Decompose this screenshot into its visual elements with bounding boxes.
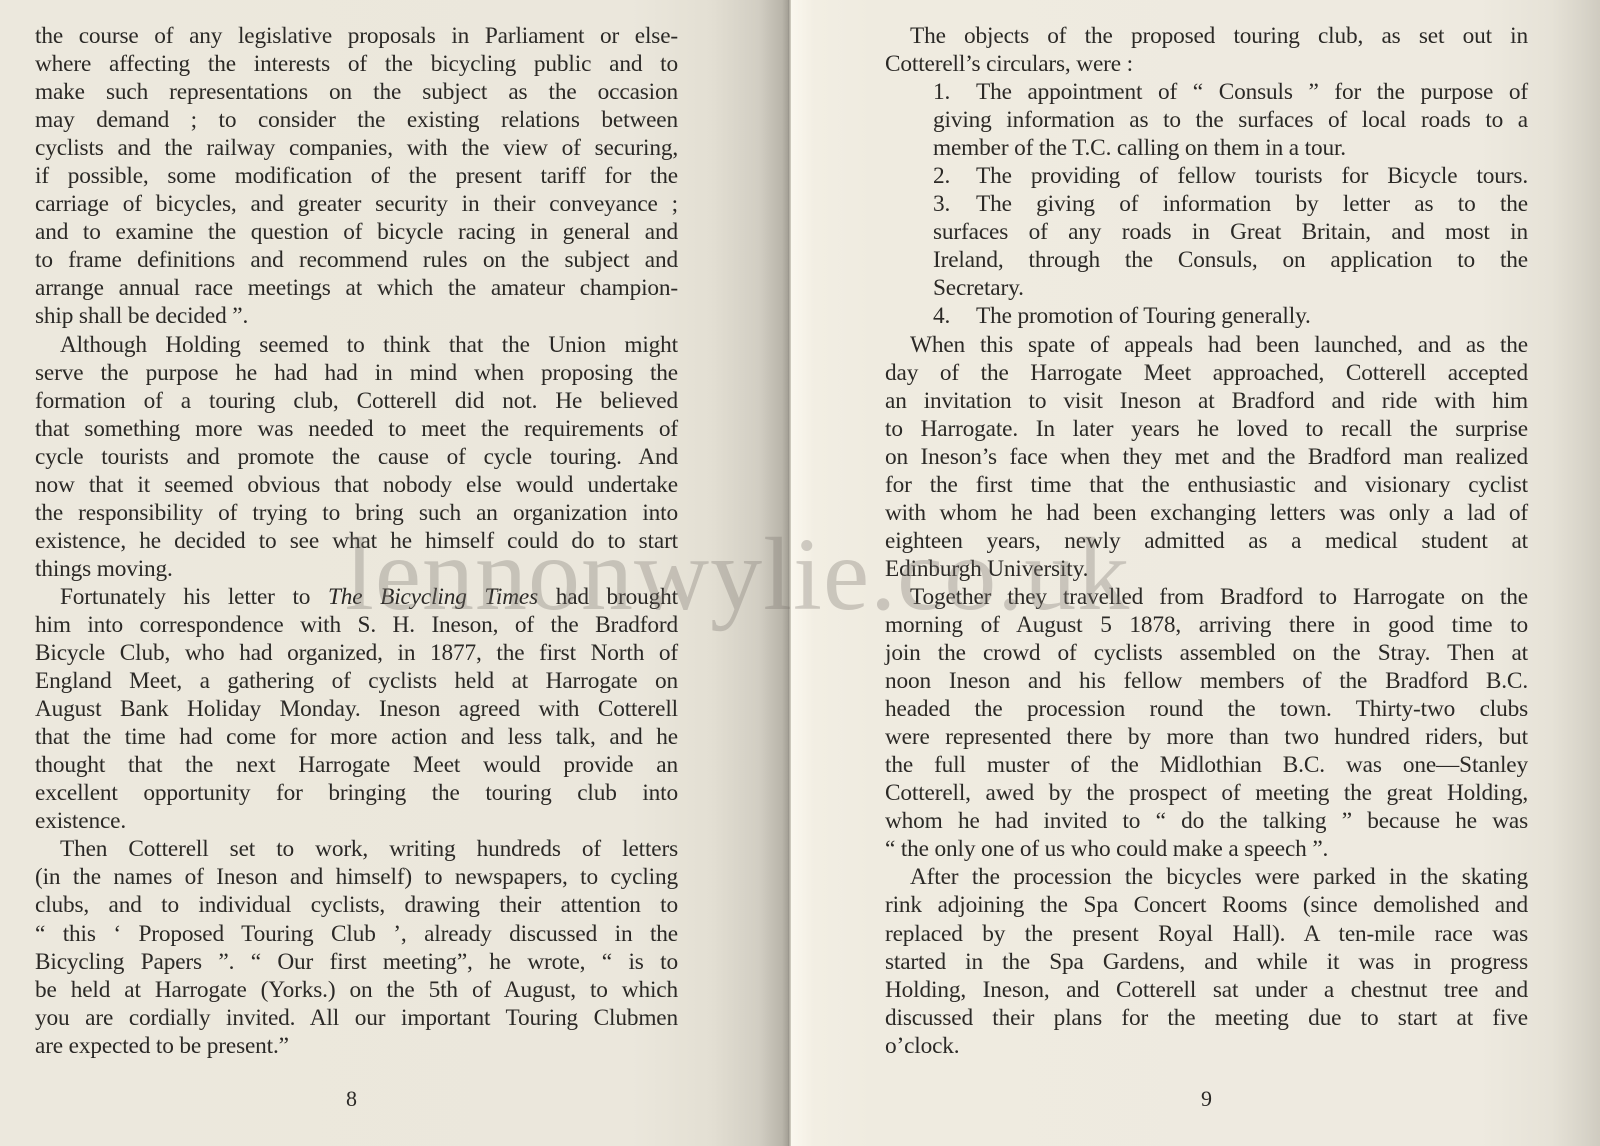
line-text: now that it seemed obvious that nobody e… — [35, 472, 678, 498]
text-fragment: had brought — [538, 584, 678, 610]
line-text: carriage of bicycles, and greater securi… — [35, 191, 678, 217]
text-line: make such representations on the subject… — [35, 78, 678, 106]
text-line: cycle tourists and promote the cause of … — [35, 443, 678, 471]
text-line: day of the Harrogate Meet approached, Co… — [885, 359, 1528, 387]
line-text: join the crowd of cyclists assembled on … — [885, 640, 1528, 666]
line-text: serve the purpose he had had in mind whe… — [35, 360, 678, 386]
line-text: and to examine the question of bicycle r… — [35, 219, 678, 245]
line-text: started in the Spa Gardens, and while it… — [885, 949, 1528, 975]
line-text: existence. — [35, 808, 126, 834]
text-line: Fortunately his letter to The Bicycling … — [35, 583, 678, 611]
line-text: excellent opportunity for bringing the t… — [35, 780, 678, 806]
line-text: clubs, and to individual cyclists, drawi… — [35, 892, 678, 918]
text-line: existence, he decided to see what he him… — [35, 527, 678, 555]
line-text: where affecting the interests of the bic… — [35, 51, 678, 77]
left-page-number: 8 — [346, 1086, 357, 1112]
list-item-line: 2.The providing of fellow tourists for B… — [885, 162, 1528, 190]
line-text: the responsibility of trying to bring su… — [35, 500, 678, 526]
line-text: surfaces of any roads in Great Britain, … — [933, 219, 1528, 245]
line-text: things moving. — [35, 556, 173, 582]
line-text: morning of August 5 1878, arriving there… — [885, 612, 1528, 638]
text-line: ship shall be decided ”. — [35, 302, 678, 330]
text-line: join the crowd of cyclists assembled on … — [885, 639, 1528, 667]
text-line: noon Ineson and his fellow members of th… — [885, 667, 1528, 695]
text-line: Secretary. — [885, 274, 1528, 302]
line-text: Bicycling Papers ”. “ Our first meeting”… — [35, 949, 678, 975]
book-spread: the course of any legislative proposals … — [0, 0, 1600, 1146]
text-line: Cotterell’s circulars, were : — [885, 50, 1528, 78]
text-line: things moving. — [35, 555, 678, 583]
line-text: headed the procession round the town. Th… — [885, 696, 1528, 722]
text-line: Cotterell, awed by the prospect of meeti… — [885, 779, 1528, 807]
text-line: the responsibility of trying to bring su… — [35, 499, 678, 527]
list-number: 4. — [933, 302, 976, 330]
list-item-line: 3.The giving of information by letter as… — [885, 190, 1528, 218]
text-line: surfaces of any roads in Great Britain, … — [885, 218, 1528, 246]
line-text: The providing of fellow tourists for Bic… — [976, 163, 1528, 189]
line-text: whom he had invited to “ do the talking … — [885, 808, 1528, 834]
line-text: eighteen years, newly admitted as a medi… — [885, 528, 1528, 554]
line-text: rink adjoining the Spa Concert Rooms (si… — [885, 892, 1528, 918]
list-item-line: 4.The promotion of Touring generally. — [885, 302, 1528, 330]
line-text: Ireland, through the Consuls, on applica… — [933, 247, 1528, 273]
line-text: member of the T.C. calling on them in a … — [933, 135, 1346, 161]
line-text: were represented there by more than two … — [885, 724, 1528, 750]
line-text: day of the Harrogate Meet approached, Co… — [885, 360, 1528, 386]
line-text: you are cordially invited. All our impor… — [35, 1005, 678, 1031]
line-text: Cotterell, awed by the prospect of meeti… — [885, 780, 1528, 806]
text-line: be held at Harrogate (Yorks.) on the 5th… — [35, 976, 678, 1004]
line-text: Then Cotterell set to work, writing hund… — [60, 836, 678, 862]
text-line: if possible, some modification of the pr… — [35, 162, 678, 190]
text-line: to frame definitions and recommend rules… — [35, 246, 678, 274]
line-text: arrange annual race meetings at which th… — [35, 275, 678, 301]
text-line: an invitation to visit Ineson at Bradfor… — [885, 387, 1528, 415]
text-line: you are cordially invited. All our impor… — [35, 1004, 678, 1032]
text-line: replaced by the present Royal Hall). A t… — [885, 920, 1528, 948]
text-line: on Ineson’s face when they met and the B… — [885, 443, 1528, 471]
text-line: Then Cotterell set to work, writing hund… — [35, 835, 678, 863]
text-line: carriage of bicycles, and greater securi… — [35, 190, 678, 218]
line-text: The appointment of “ Consuls ” for the p… — [976, 79, 1528, 105]
line-text: may demand ; to consider the existing re… — [35, 107, 678, 133]
line-text: noon Ineson and his fellow members of th… — [885, 668, 1528, 694]
text-line: to Harrogate. In later years he loved to… — [885, 415, 1528, 443]
text-fragment: Fortunately his letter to — [60, 584, 328, 610]
line-text: giving information as to the surfaces of… — [933, 107, 1528, 133]
text-line: started in the Spa Gardens, and while it… — [885, 948, 1528, 976]
text-line: headed the procession round the town. Th… — [885, 695, 1528, 723]
text-line: were represented there by more than two … — [885, 723, 1528, 751]
text-line: excellent opportunity for bringing the t… — [35, 779, 678, 807]
line-text: the full muster of the Midlothian B.C. w… — [885, 752, 1528, 778]
text-line: Holding, Ineson, and Cotterell sat under… — [885, 976, 1528, 1004]
line-text: After the procession the bicycles were p… — [910, 864, 1528, 890]
line-text: that the time had come for more action a… — [35, 724, 678, 750]
text-line: Bicycle Club, who had organized, in 1877… — [35, 639, 678, 667]
line-text: August Bank Holiday Monday. Ineson agree… — [35, 696, 678, 722]
book-spine-gutter — [788, 0, 791, 1146]
line-text: The giving of information by letter as t… — [976, 191, 1528, 217]
right-page-number: 9 — [1201, 1086, 1212, 1112]
text-line: When this spate of appeals had been laun… — [885, 331, 1528, 359]
line-text: Cotterell’s circulars, were : — [885, 51, 1133, 77]
text-line: giving information as to the surfaces of… — [885, 106, 1528, 134]
list-item-line: 1.The appointment of “ Consuls ” for the… — [885, 78, 1528, 106]
line-text: o’clock. — [885, 1033, 959, 1059]
text-line: now that it seemed obvious that nobody e… — [35, 471, 678, 499]
text-line: with whom he had been exchanging letters… — [885, 499, 1528, 527]
line-text: be held at Harrogate (Yorks.) on the 5th… — [35, 977, 678, 1003]
line-text: him into correspondence with S. H. Ineso… — [35, 612, 678, 638]
text-line: where affecting the interests of the bic… — [35, 50, 678, 78]
text-line: “ this ‘ Proposed Touring Club ’, alread… — [35, 920, 678, 948]
line-text: The promotion of Touring generally. — [976, 303, 1311, 329]
text-line: formation of a touring club, Cotterell d… — [35, 387, 678, 415]
line-text: existence, he decided to see what he him… — [35, 528, 678, 554]
line-text: the course of any legislative proposals … — [35, 23, 678, 49]
text-line: that something more was needed to meet t… — [35, 415, 678, 443]
line-text: to frame definitions and recommend rules… — [35, 247, 678, 273]
text-line: thought that the next Harrogate Meet wou… — [35, 751, 678, 779]
line-text: make such representations on the subject… — [35, 79, 678, 105]
text-line: for the first time that the enthusiastic… — [885, 471, 1528, 499]
text-line: After the procession the bicycles were p… — [885, 863, 1528, 891]
line-text: Secretary. — [933, 275, 1024, 301]
line-text: Edinburgh University. — [885, 556, 1088, 582]
line-text: to Harrogate. In later years he loved to… — [885, 416, 1528, 442]
line-text: Although Holding seemed to think that th… — [60, 332, 678, 358]
line-text: ship shall be decided ”. — [35, 303, 248, 329]
text-line: o’clock. — [885, 1032, 1528, 1060]
text-line: whom he had invited to “ do the talking … — [885, 807, 1528, 835]
line-text: (in the names of Ineson and himself) to … — [35, 864, 678, 890]
line-text: When this spate of appeals had been laun… — [910, 332, 1528, 358]
text-line: member of the T.C. calling on them in a … — [885, 134, 1528, 162]
left-page-body-text: the course of any legislative proposals … — [35, 22, 678, 1060]
line-text: replaced by the present Royal Hall). A t… — [885, 921, 1528, 947]
right-page-body-text: The objects of the proposed touring club… — [885, 22, 1528, 1060]
line-text: cycle tourists and promote the cause of … — [35, 444, 678, 470]
line-text: are expected to be present.” — [35, 1033, 289, 1059]
text-line: existence. — [35, 807, 678, 835]
text-line: The objects of the proposed touring club… — [885, 22, 1528, 50]
text-line: Bicycling Papers ”. “ Our first meeting”… — [35, 948, 678, 976]
line-text: England Meet, a gathering of cyclists he… — [35, 668, 678, 694]
line-text: that something more was needed to meet t… — [35, 416, 678, 442]
text-line: cyclists and the railway companies, with… — [35, 134, 678, 162]
text-line: serve the purpose he had had in mind whe… — [35, 359, 678, 387]
list-number: 2. — [933, 162, 976, 190]
text-line: are expected to be present.” — [35, 1032, 678, 1060]
text-line: August Bank Holiday Monday. Ineson agree… — [35, 695, 678, 723]
text-line: may demand ; to consider the existing re… — [35, 106, 678, 134]
line-text: “ the only one of us who could make a sp… — [885, 836, 1328, 862]
line-text: formation of a touring club, Cotterell d… — [35, 388, 678, 414]
line-text: Together they travelled from Bradford to… — [910, 584, 1528, 610]
text-line: Ireland, through the Consuls, on applica… — [885, 246, 1528, 274]
line-text: if possible, some modification of the pr… — [35, 163, 678, 189]
line-text: Bicycle Club, who had organized, in 1877… — [35, 640, 678, 666]
line-text: discussed their plans for the meeting du… — [885, 1005, 1528, 1031]
text-line: him into correspondence with S. H. Ineso… — [35, 611, 678, 639]
text-line: that the time had come for more action a… — [35, 723, 678, 751]
text-line: rink adjoining the Spa Concert Rooms (si… — [885, 891, 1528, 919]
line-text: Holding, Ineson, and Cotterell sat under… — [885, 977, 1528, 1003]
line-text: “ this ‘ Proposed Touring Club ’, alread… — [35, 921, 678, 947]
italic-title: The Bicycling Times — [328, 584, 538, 610]
text-line: “ the only one of us who could make a sp… — [885, 835, 1528, 863]
line-text: The objects of the proposed touring club… — [910, 23, 1528, 49]
line-text: thought that the next Harrogate Meet wou… — [35, 752, 678, 778]
text-line: and to examine the question of bicycle r… — [35, 218, 678, 246]
text-line: Edinburgh University. — [885, 555, 1528, 583]
text-line: Together they travelled from Bradford to… — [885, 583, 1528, 611]
list-number: 1. — [933, 78, 976, 106]
line-text: on Ineson’s face when they met and the B… — [885, 444, 1528, 470]
line-text: an invitation to visit Ineson at Bradfor… — [885, 388, 1528, 414]
line-text: with whom he had been exchanging letters… — [885, 500, 1528, 526]
line-text: for the first time that the enthusiastic… — [885, 472, 1528, 498]
text-line: morning of August 5 1878, arriving there… — [885, 611, 1528, 639]
text-line: eighteen years, newly admitted as a medi… — [885, 527, 1528, 555]
list-number: 3. — [933, 190, 976, 218]
text-line: clubs, and to individual cyclists, drawi… — [35, 891, 678, 919]
text-line: arrange annual race meetings at which th… — [35, 274, 678, 302]
text-line: (in the names of Ineson and himself) to … — [35, 863, 678, 891]
line-text: cyclists and the railway companies, with… — [35, 135, 678, 161]
text-line: the full muster of the Midlothian B.C. w… — [885, 751, 1528, 779]
text-line: England Meet, a gathering of cyclists he… — [35, 667, 678, 695]
text-line: discussed their plans for the meeting du… — [885, 1004, 1528, 1032]
text-line: the course of any legislative proposals … — [35, 22, 678, 50]
text-line: Although Holding seemed to think that th… — [35, 331, 678, 359]
